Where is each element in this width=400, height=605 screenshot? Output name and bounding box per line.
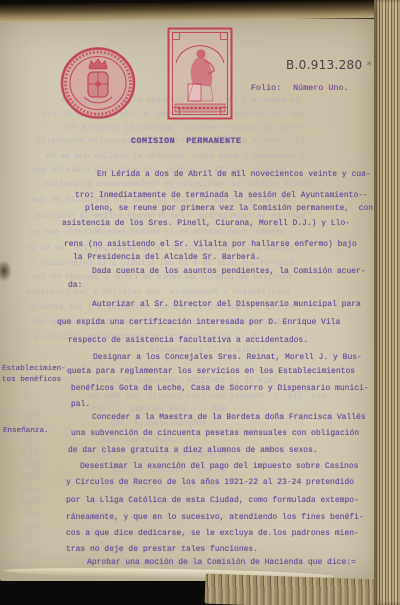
margin-note: Enseñanza. — [3, 426, 49, 436]
book-page-edges-right — [374, 0, 400, 605]
typed-line: respecto de asistencia facultativa a acc… — [68, 336, 308, 346]
bleedthrough-line: Contribución y Pescadería, con sujeción … — [26, 288, 290, 298]
bleedthrough-number: 088 * — [4, 499, 39, 509]
bleedthrough-line: horas del primer semestre, puestos al ef… — [62, 124, 302, 134]
typed-line: la Presidencia del Alcalde Sr. Barberá. — [73, 253, 260, 263]
typed-line: que expida una certificación interesada … — [57, 318, 340, 328]
serial-asterisk-mark: * — [367, 59, 373, 72]
typed-line: de dar clase gratuita a diez alumnos de … — [68, 446, 318, 456]
margin-note: Establecimien- — [2, 364, 66, 374]
scanned-minutes-page: se acuerda y para mayor atención al públ… — [0, 0, 400, 605]
fiscal-tax-stamp-icon — [167, 27, 233, 120]
typed-line: y Círculos de Recreo de los años 1921-22… — [66, 478, 354, 488]
typed-line: cos a que dice dedicarse, se le excluya … — [66, 529, 359, 539]
typed-line: una subvención de cincuenta pesetas mens… — [71, 429, 359, 439]
section-heading: COMISION PERMANENTE — [131, 136, 242, 146]
typed-line: benéficos Gota de Leche, Casa de Socorro… — [71, 384, 369, 394]
typed-line: queta para reglamentar los servicios en … — [67, 367, 355, 377]
typed-line: Autorizar al Sr. Director del Dispensari… — [92, 300, 361, 310]
margin-note: tos benéficos — [2, 375, 61, 385]
typed-line: Conceder a la Maestra de la Bordeta doña… — [92, 413, 366, 423]
bleedthrough-number: 097 * — [4, 549, 39, 559]
bleedthrough-line: aprobar como acorde en la moción este De… — [30, 228, 284, 238]
typed-line: pleno, se reune por primera vez la Comis… — [85, 204, 373, 214]
round-seal-stamp-icon — [58, 45, 138, 121]
serial-number-stamp: B.0.913.280 * — [286, 58, 372, 72]
bleedthrough-number: 058 * — [4, 486, 39, 496]
typed-line: tro: Inmediatamente de terminada la sesi… — [75, 191, 368, 201]
bleedthrough-number: 088 * — [4, 474, 39, 484]
bleedthrough-number: 085 * — [4, 437, 39, 447]
bleedthrough-number: 083 * — [4, 461, 39, 471]
folio-line: Folio:Número Uno. — [251, 83, 348, 93]
bleedthrough-number: 058 * — [4, 449, 39, 459]
typed-line: Aprobar una moción de la Comisión de Hac… — [87, 558, 356, 568]
typed-line: En Lérida a dos de Abril de mil novecien… — [97, 170, 371, 180]
typed-line: Designar a los Concejales Sres. Reinat, … — [93, 353, 362, 363]
typed-line: Dada cuenta de los asuntos pendientes, l… — [92, 267, 366, 277]
typed-line: por la Lliga Católica de esta Ciudad, co… — [66, 496, 359, 506]
bleedthrough-number: 088 * — [4, 412, 39, 422]
folio-number: Número Uno. — [293, 83, 348, 93]
typed-line: Desestimar la exención del pago del impu… — [80, 462, 358, 472]
typed-line: rens (no asistiendo el Sr. Vilalta por h… — [64, 240, 357, 250]
bleedthrough-number: 058 * — [4, 524, 39, 534]
typed-line: ráneamente, y que en lo sucesivo, atendi… — [66, 513, 364, 523]
bleedthrough-number: 085 * — [4, 511, 39, 521]
ink-smudge — [0, 260, 12, 282]
typed-line: tras no deje de prestar tales funciones. — [66, 545, 258, 555]
typed-line: asistencia de los Sres. Pinell, Ciurana,… — [62, 219, 350, 229]
typed-line: pal. — [71, 400, 90, 410]
typed-line: da: — [68, 281, 82, 291]
bleedthrough-line: deberá acordar la ampliación de reclamac… — [44, 180, 313, 190]
bleedthrough-number: 031.1 — [4, 536, 33, 546]
bleedthrough-line: lo observado y para mayor atención al pú… — [46, 152, 310, 162]
